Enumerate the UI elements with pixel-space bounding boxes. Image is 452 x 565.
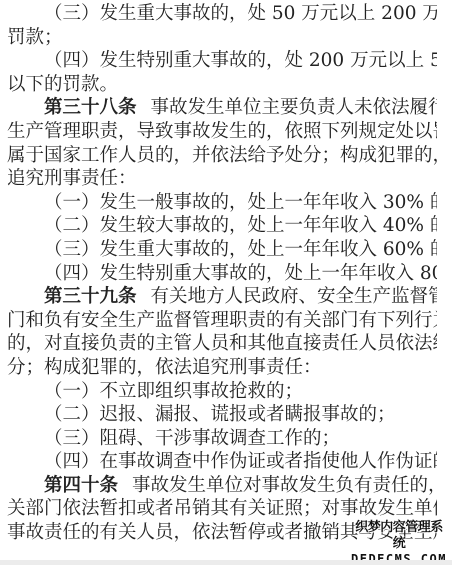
article-40-text: 事故发生单位对事故发生负有责任的，由有	[132, 475, 437, 496]
article-39-item: （四）在事故调查中作伪证或者指使他人作伪证的。	[7, 450, 437, 474]
article-38-number: 第三十八条	[44, 97, 137, 118]
article-40-number: 第四十条	[44, 475, 118, 496]
article-38-line: 追究刑事责任：	[7, 167, 437, 191]
article-38-heading-line: 第三十八条事故发生单位主要负责人未依法履行安全	[7, 96, 437, 120]
article-39-line: 门和负有安全生产监督管理职责的有关部门有下列行为之一	[7, 309, 437, 333]
article-38-line: 生产管理职责，导致事故发生的，依照下列规定处以罚款；	[7, 120, 437, 144]
clause-continuation: 以下的罚款。	[7, 73, 437, 97]
article-39-item: （三）阻碍、干涉事故调查工作的；	[7, 427, 437, 451]
article-39-line: 分；构成犯罪的，依法追究刑事责任：	[7, 356, 437, 380]
article-40-line: 关部门依法暂扣或者吊销其有关证照；对事故发生单位负有	[7, 497, 437, 521]
article-38-text: 事故发生单位主要负责人未依法履行安全	[151, 97, 437, 118]
clause-line: （四）发生特别重大事故的，处 200 万元以上 500 万元	[7, 49, 437, 73]
article-38-item: （二）发生较大事故的，处上一年年收入 40% 的罚款；	[7, 214, 437, 238]
bottom-edge	[0, 560, 452, 565]
document-page: （三）发生重大事故的，处 50 万元以上 200 万元以下的 罚款； （四）发生…	[7, 2, 437, 545]
watermark: 织梦内容管理系统 DEDECMS.COM	[350, 520, 448, 565]
watermark-cn: 织梦内容管理系统	[350, 520, 448, 552]
article-38-item: （一）发生一般事故的，处上一年年收入 30% 的罚款；	[7, 191, 437, 215]
article-39-item: （一）不立即组织事故抢救的；	[7, 380, 437, 404]
article-39-heading-line: 第三十九条有关地方人民政府、安全生产监督管理部	[7, 285, 437, 309]
clause-line: （三）发生重大事故的，处 50 万元以上 200 万元以下的	[7, 2, 437, 26]
clause-continuation: 罚款；	[7, 26, 437, 50]
article-40-heading-line: 第四十条事故发生单位对事故发生负有责任的，由有	[7, 474, 437, 498]
article-38-line: 属于国家工作人员的，并依法给予处分；构成犯罪的，依法	[7, 144, 437, 168]
article-38-item: （四）发生特别重大事故的，处上一年年收入 80%的罚款。	[7, 262, 437, 286]
article-39-text: 有关地方人民政府、安全生产监督管理部	[151, 286, 437, 307]
article-39-number: 第三十九条	[44, 286, 137, 307]
article-39-line: 的，对直接负责的主管人员和其他直接责任人员依法给予处	[7, 332, 437, 356]
article-38-item: （三）发生重大事故的，处上一年年收入 60% 的罚款；	[7, 238, 437, 262]
article-39-item: （二）迟报、漏报、谎报或者瞒报事故的；	[7, 403, 437, 427]
